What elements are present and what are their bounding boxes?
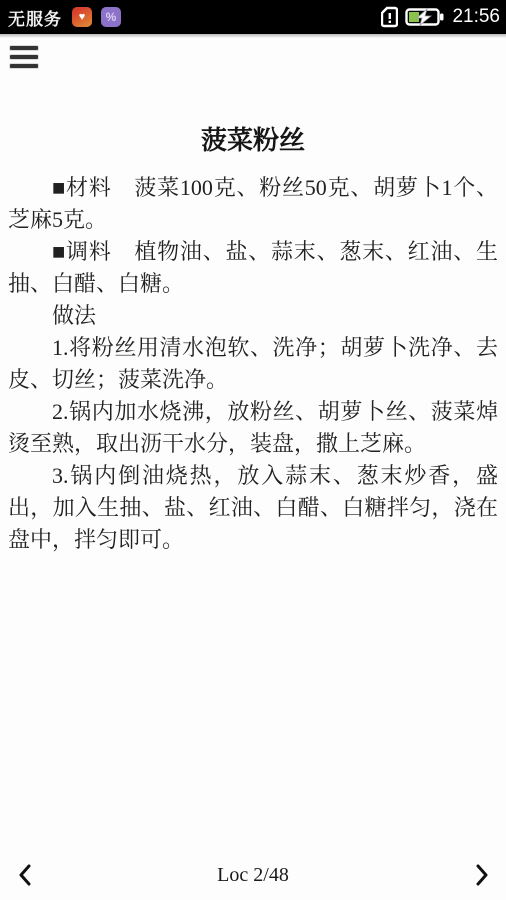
heart-glyph: ♥	[79, 12, 86, 23]
chevron-right-icon	[476, 864, 489, 886]
hamburger-icon	[10, 46, 38, 50]
status-bar: 无服务 ♥ % 21:56	[0, 0, 506, 34]
chevron-left-icon	[18, 864, 31, 886]
menu-button[interactable]	[10, 46, 38, 68]
paragraph-ingredients: ■材料 菠菜100克、粉丝50克、胡萝卜1个、芝麻5克。	[8, 172, 498, 236]
paragraph-method-heading: 做法	[8, 300, 498, 332]
paragraph-step-3: 3.锅内倒油烧热，放入蒜末、葱末炒香，盛出，加入生抽、盐、红油、白醋、白糖拌匀，…	[8, 460, 498, 556]
clock: 21:56	[452, 6, 500, 28]
paragraph-step-1: 1.将粉丝用清水泡软、洗净；胡萝卜洗净、去皮、切丝；菠菜洗净。	[8, 332, 498, 396]
page-title: 菠菜粉丝	[0, 120, 506, 157]
purple-app-notification-icon: %	[101, 7, 121, 27]
next-page-button[interactable]	[458, 850, 506, 900]
bottom-bar: Loc 2/48	[0, 850, 506, 900]
recipe-text: ■材料 菠菜100克、粉丝50克、胡萝卜1个、芝麻5克。 ■调料 植物油、盐、蒜…	[8, 172, 498, 556]
location-indicator: Loc 2/48	[48, 864, 458, 887]
status-bar-right: 21:56	[381, 6, 500, 28]
paragraph-seasoning: ■调料 植物油、盐、蒜末、葱末、红油、生抽、白醋、白糖。	[8, 236, 498, 300]
carrier-label: 无服务	[8, 5, 62, 30]
orange-app-notification-icon: ♥	[72, 7, 92, 27]
percent-glyph: %	[106, 11, 117, 23]
battery-charging-icon	[405, 7, 445, 27]
reader-screen: 无服务 ♥ % 21:56	[0, 0, 506, 900]
paragraph-step-2: 2.锅内加水烧沸，放粉丝、胡萝卜丝、菠菜焯烫至熟，取出沥干水分，装盘，撒上芝麻。	[8, 396, 498, 460]
prev-page-button[interactable]	[0, 850, 48, 900]
no-sim-icon	[381, 6, 398, 28]
notification-icons: ♥ %	[72, 7, 121, 27]
